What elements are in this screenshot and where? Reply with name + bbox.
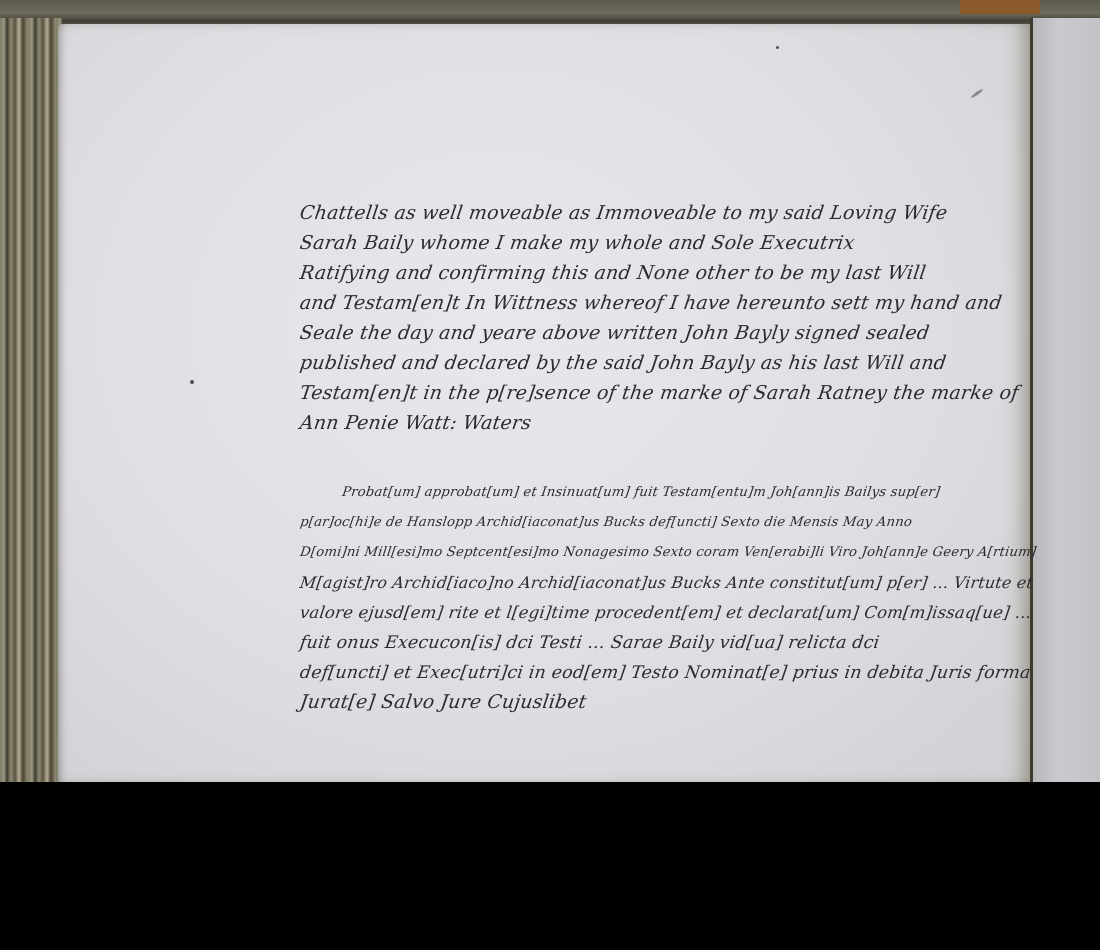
will-text-paragraph: Chattells as well moveable as Immoveable… xyxy=(300,198,1019,438)
text-line: Ann Penie Watt: Waters xyxy=(298,408,1021,438)
text-line: p[ar]oc[hi]e de Hanslopp Archid[iaconat]… xyxy=(298,508,1038,538)
text-line: and Testam[en]t In Wittness whereof I ha… xyxy=(298,288,1021,318)
text-line: D[omi]ni Mill[esi]mo Septcent[esi]mo Non… xyxy=(298,538,1038,568)
probate-clause-paragraph: Probat[um] approbat[um] et Insinuat[um] … xyxy=(300,478,1036,718)
facing-page-edge xyxy=(1033,18,1100,782)
text-line: valore ejusd[em] rite et l[egi]time proc… xyxy=(298,598,1038,628)
text-line: published and declared by the said John … xyxy=(298,348,1021,378)
text-line: Probat[um] approbat[um] et Insinuat[um] … xyxy=(298,478,1038,508)
ink-speck xyxy=(190,380,194,384)
text-line: fuit onus Execucon[is] dci Testi ... Sar… xyxy=(298,628,1038,658)
text-line: Sarah Baily whome I make my whole and So… xyxy=(298,228,1021,258)
ink-speck xyxy=(776,46,779,49)
text-line: Seale the day and yeare above written Jo… xyxy=(298,318,1021,348)
text-line: Chattells as well moveable as Immoveable… xyxy=(298,198,1021,228)
book-spine-binding xyxy=(0,18,62,782)
text-line: Testam[en]t in the p[re]sence of the mar… xyxy=(298,378,1021,408)
text-line: Ratifying and confirming this and None o… xyxy=(298,258,1021,288)
paper-mark xyxy=(970,88,983,98)
leather-binding-corner xyxy=(960,0,1040,14)
text-line: def[uncti] et Exec[utri]ci in eod[em] Te… xyxy=(298,658,1038,688)
book-top-edge xyxy=(0,0,1100,22)
manuscript-photo: Chattells as well moveable as Immoveable… xyxy=(0,0,1100,782)
text-line: M[agist]ro Archid[iaco]no Archid[iaconat… xyxy=(298,568,1038,598)
black-letterbox-area xyxy=(0,782,1100,950)
text-line: Jurat[e] Salvo Jure Cujuslibet xyxy=(298,688,1038,718)
